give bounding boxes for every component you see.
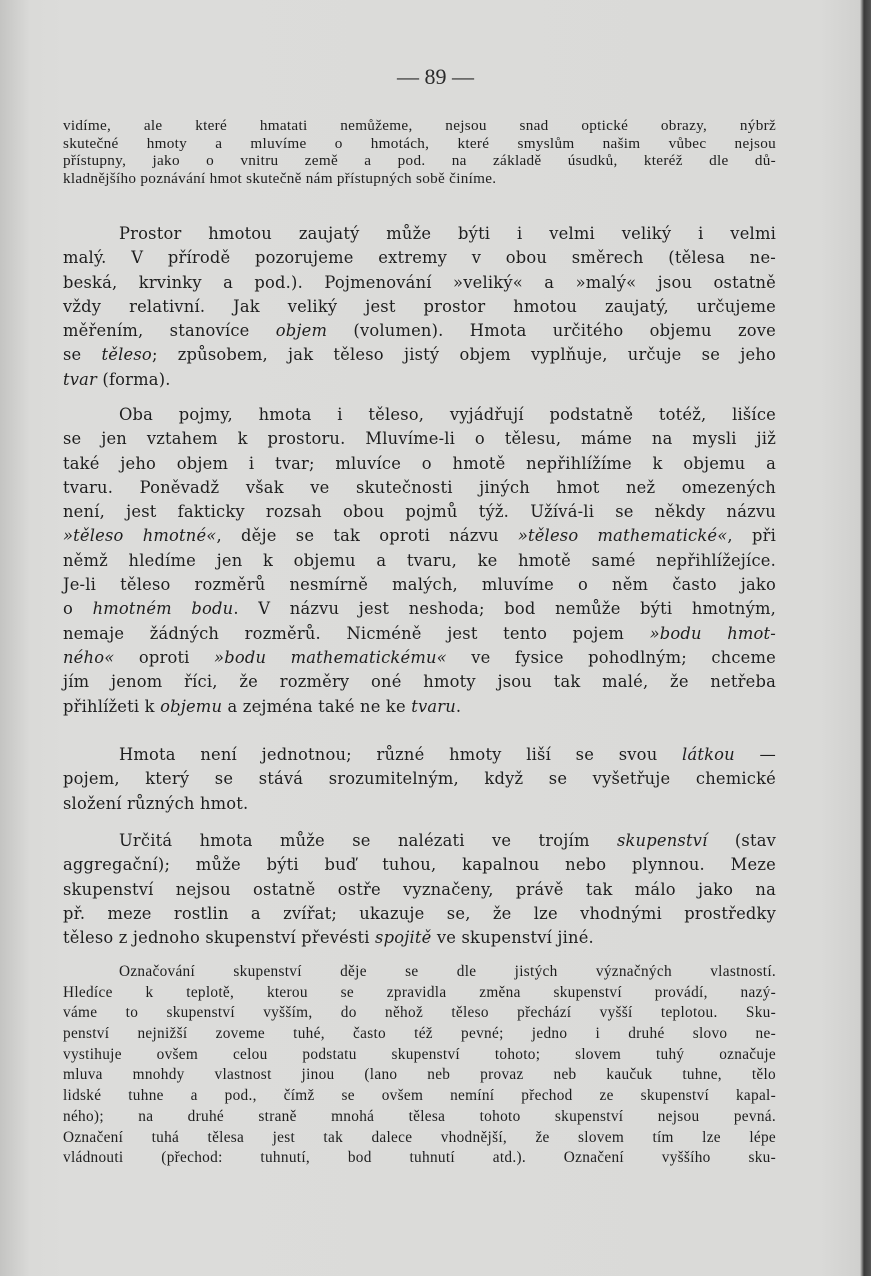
footnote-line: vystihuje ovšem celou podstatu skupenstv… [63,1046,776,1067]
text-line: Je-li těleso rozměrů nesmírně malých, ml… [63,575,776,599]
intro-paragraph: vidíme, ale které hmatati nemůžeme, nejs… [63,117,776,187]
paragraph-substance: Hmota není jednotnou; různé hmoty liší s… [63,745,776,818]
text-line: »těleso hmotné«, děje se tak oproti názv… [63,526,776,550]
footnote-line: mluva mnohdy vlastnost jinou (lano neb p… [63,1066,776,1087]
text-line: není, jest fakticky rozsah obou pojmů tý… [63,502,776,526]
text-line: němž hledíme jen k objemu a tvaru, ke hm… [63,551,776,575]
text-line: ného« oproti »bodu mathematickému« ve fy… [63,648,776,672]
text-line: se jen vztahem k prostoru. Mluvíme-li o … [63,429,776,453]
footnote-line: Označování skupenství děje se dle jistýc… [63,963,776,984]
footnote-line: lidské tuhne a pod., čímž se ovšem nemín… [63,1087,776,1108]
text-line: aggregační); může býti buď tuhou, kapaln… [63,855,776,879]
emphasized-term: těleso [102,345,152,364]
text-line: se těleso; způsobem, jak těleso jistý ob… [63,345,776,369]
text-line: skutečné hmoty a mluvíme o hmotách, kter… [63,135,776,153]
footnote-line: Označení tuhá tělesa jest tak dalece vho… [63,1129,776,1150]
paragraph-states: Určitá hmota může se nalézati ve trojím … [63,831,776,952]
footnote-line: váme to skupenství vyšším, do něhož těle… [63,1004,776,1025]
footnote-paragraph: Označování skupenství děje se dle jistýc… [63,963,776,1170]
emphasized-term: »bodu mathematickému« [214,648,447,667]
emphasized-term: »těleso hmotné« [63,526,216,545]
emphasized-term: skupenství [617,831,708,850]
text-line: Oba pojmy, hmota i těleso, vyjádřují pod… [63,405,776,429]
emphasized-term: tvar [63,370,97,389]
footnote-line: vládnouti (přechod: tuhnutí, bod tuhnutí… [63,1149,776,1170]
emphasized-term: spojitě [375,928,431,947]
emphasized-term: ného« [63,648,114,667]
text-line: složení různých hmot. [63,794,776,818]
emphasized-term: hmotném bodu [93,599,234,618]
emphasized-term: látkou [682,745,735,764]
footnote-line: ného); na druhé straně mnohá tělesa toho… [63,1108,776,1129]
text-line: těleso z jednoho skupenství převésti spo… [63,928,776,952]
text-line: přihlížeti k objemu a zejména také ne ke… [63,697,776,721]
emphasized-term: »bodu hmot- [650,624,776,643]
text-line: Hmota není jednotnou; různé hmoty liší s… [63,745,776,769]
text-line: nemaje žádných rozměrů. Nicméně jest ten… [63,624,776,648]
text-line: pojem, který se stává srozumitelným, kdy… [63,769,776,793]
emphasized-term: objemu [160,697,222,716]
text-line: vidíme, ale které hmatati nemůžeme, nejs… [63,117,776,135]
text-line: o hmotném bodu. V názvu jest neshoda; bo… [63,599,776,623]
page-number: — 89 — [0,64,871,90]
footnote-line: penství nejnižší zoveme tuhé, často též … [63,1025,776,1046]
text-line: Prostor hmotou zaujatý může býti i velmi… [63,224,776,248]
text-line: vždy relativní. Jak veliký jest prostor … [63,297,776,321]
text-line: skupenství nejsou ostatně ostře vyznačen… [63,880,776,904]
text-line: měřením, stanovíce objem (volumen). Hmot… [63,321,776,345]
emphasized-term: tvaru [411,697,456,716]
emphasized-term: objem [276,321,327,340]
text-line: tvar (forma). [63,370,776,394]
text-line: přístupny, jako o vnitru země a pod. na … [63,152,776,170]
footnote-line: Hledíce k teplotě, kterou se zpravidla z… [63,984,776,1005]
text-line: beská, krvinky a pod.). Pojmenování »vel… [63,273,776,297]
text-line: kladnějšího poznávání hmot skutečně nám … [63,170,776,188]
paragraph-matter-body: Oba pojmy, hmota i těleso, vyjádřují pod… [63,405,776,721]
paragraph-space: Prostor hmotou zaujatý může býti i velmi… [63,224,776,394]
text-line: př. meze rostlin a zvířat; ukazuje se, ž… [63,904,776,928]
emphasized-term: »těleso mathematické« [518,526,728,545]
book-page: — 89 — vidíme, ale které hmatati nemůžem… [0,0,871,1276]
text-line: jím jenom říci, že rozměry oné hmoty jso… [63,672,776,696]
text-line: tvaru. Poněvadž však ve skutečnosti jiný… [63,478,776,502]
text-line: malý. V přírodě pozorujeme extremy v obo… [63,248,776,272]
text-line: Určitá hmota může se nalézati ve trojím … [63,831,776,855]
text-line: také jeho objem i tvar; mluvíce o hmotě … [63,454,776,478]
